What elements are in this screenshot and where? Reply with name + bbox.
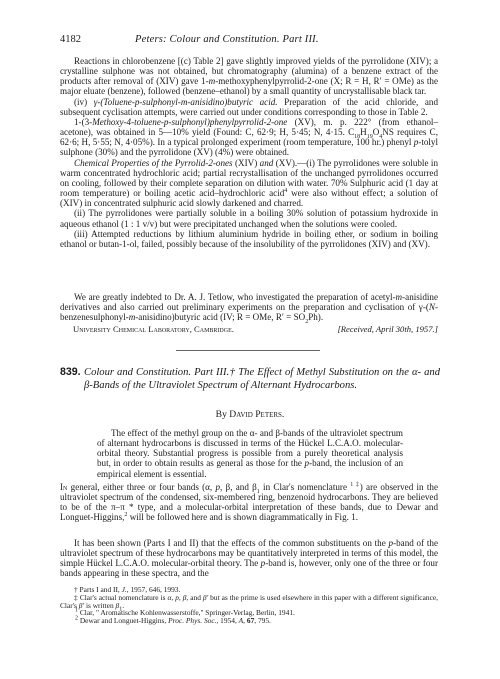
article-title: Colour and Constitution. Part III.† The … xyxy=(84,366,440,392)
journal-page: 4182 Peters: Colour and Constitution. Pa… xyxy=(0,0,500,679)
running-title: Peters: Colour and Constitution. Part II… xyxy=(135,34,319,45)
compound-name: Methoxy-4-toluene-p-sulphonyl)phenylpyrr… xyxy=(92,117,287,127)
abstract: The effect of the methyl group on the α-… xyxy=(97,428,403,479)
paragraph: (ii) The pyrrolidones were partially sol… xyxy=(60,208,438,228)
paragraph: It has been shown (Parts I and II) that … xyxy=(60,538,438,579)
article-number: 839. xyxy=(60,366,81,379)
acknowledgement: We are greatly indebted to Dr. A. J. Tet… xyxy=(60,292,438,322)
paragraph: Chemical Properties of the Pyrrolid-2-on… xyxy=(60,158,438,209)
institution-address: University Chemical Laboratory, Cambridg… xyxy=(73,324,234,334)
page-header: 4182 Peters: Colour and Constitution. Pa… xyxy=(60,34,440,48)
affiliation-line: University Chemical Laboratory, Cambridg… xyxy=(73,324,438,334)
author-byline: By David Peters. xyxy=(0,409,500,420)
footnote-marker[interactable]: 1 ‡ xyxy=(350,482,360,488)
page-number: 4182 xyxy=(60,34,81,45)
reference-item: 2 Dewar and Longuet-Higgins, Proc. Phys.… xyxy=(75,617,438,625)
paragraph: 1-(3-Methoxy-4-toluene-p-sulphonyl)pheny… xyxy=(60,117,438,158)
paragraph: Reactions in chlorobenzene [(c) Table 2]… xyxy=(60,56,438,97)
article-body-continued: It has been shown (Parts I and II) that … xyxy=(60,538,438,579)
previous-article-body: Reactions in chlorobenzene [(c) Table 2]… xyxy=(60,56,438,249)
article-body: In general, either three or four bands (… xyxy=(60,482,438,523)
paragraph: (iv) γ-(Toluene-p-sulphonyl-m-anisidino)… xyxy=(60,97,438,117)
section-title: Chemical Properties of the Pyrrolid-2-on… xyxy=(74,158,233,168)
footnotes: † Parts I and II, J., 1957, 646, 1993. ‡… xyxy=(60,586,438,611)
reference-list: 1 Clar, " Aromatische Kohlenwasserstoffe… xyxy=(75,609,438,625)
section-title: γ-(Toluene-p-sulphonyl-m-anisidino)butyr… xyxy=(94,97,278,107)
received-date: [Received, April 30th, 1957.] xyxy=(337,324,438,334)
paragraph: In general, either three or four bands (… xyxy=(60,482,438,523)
paragraph: (iii) Attempted reductions by lithium al… xyxy=(60,229,438,249)
section-divider xyxy=(176,350,320,351)
author-name: David Peters. xyxy=(229,409,284,420)
